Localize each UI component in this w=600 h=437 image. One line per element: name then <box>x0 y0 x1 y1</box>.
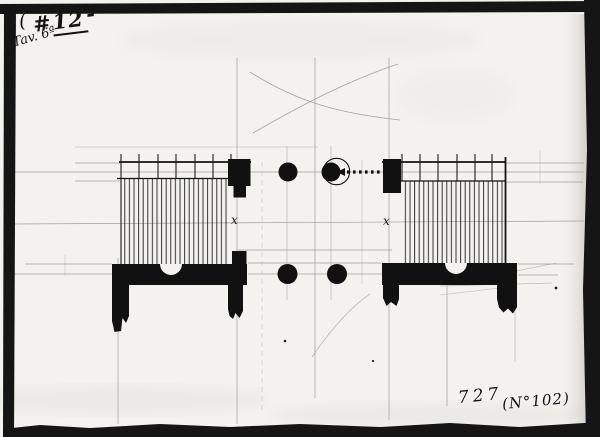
scanned-drawing-page: x x ( #12- Tav. 6ª 727 (N°102) <box>0 0 600 437</box>
paper-background <box>0 0 600 437</box>
floor-plan-svg: x x <box>0 0 600 437</box>
right-x-mark: x <box>383 214 390 228</box>
left-x-mark: x <box>231 213 238 227</box>
